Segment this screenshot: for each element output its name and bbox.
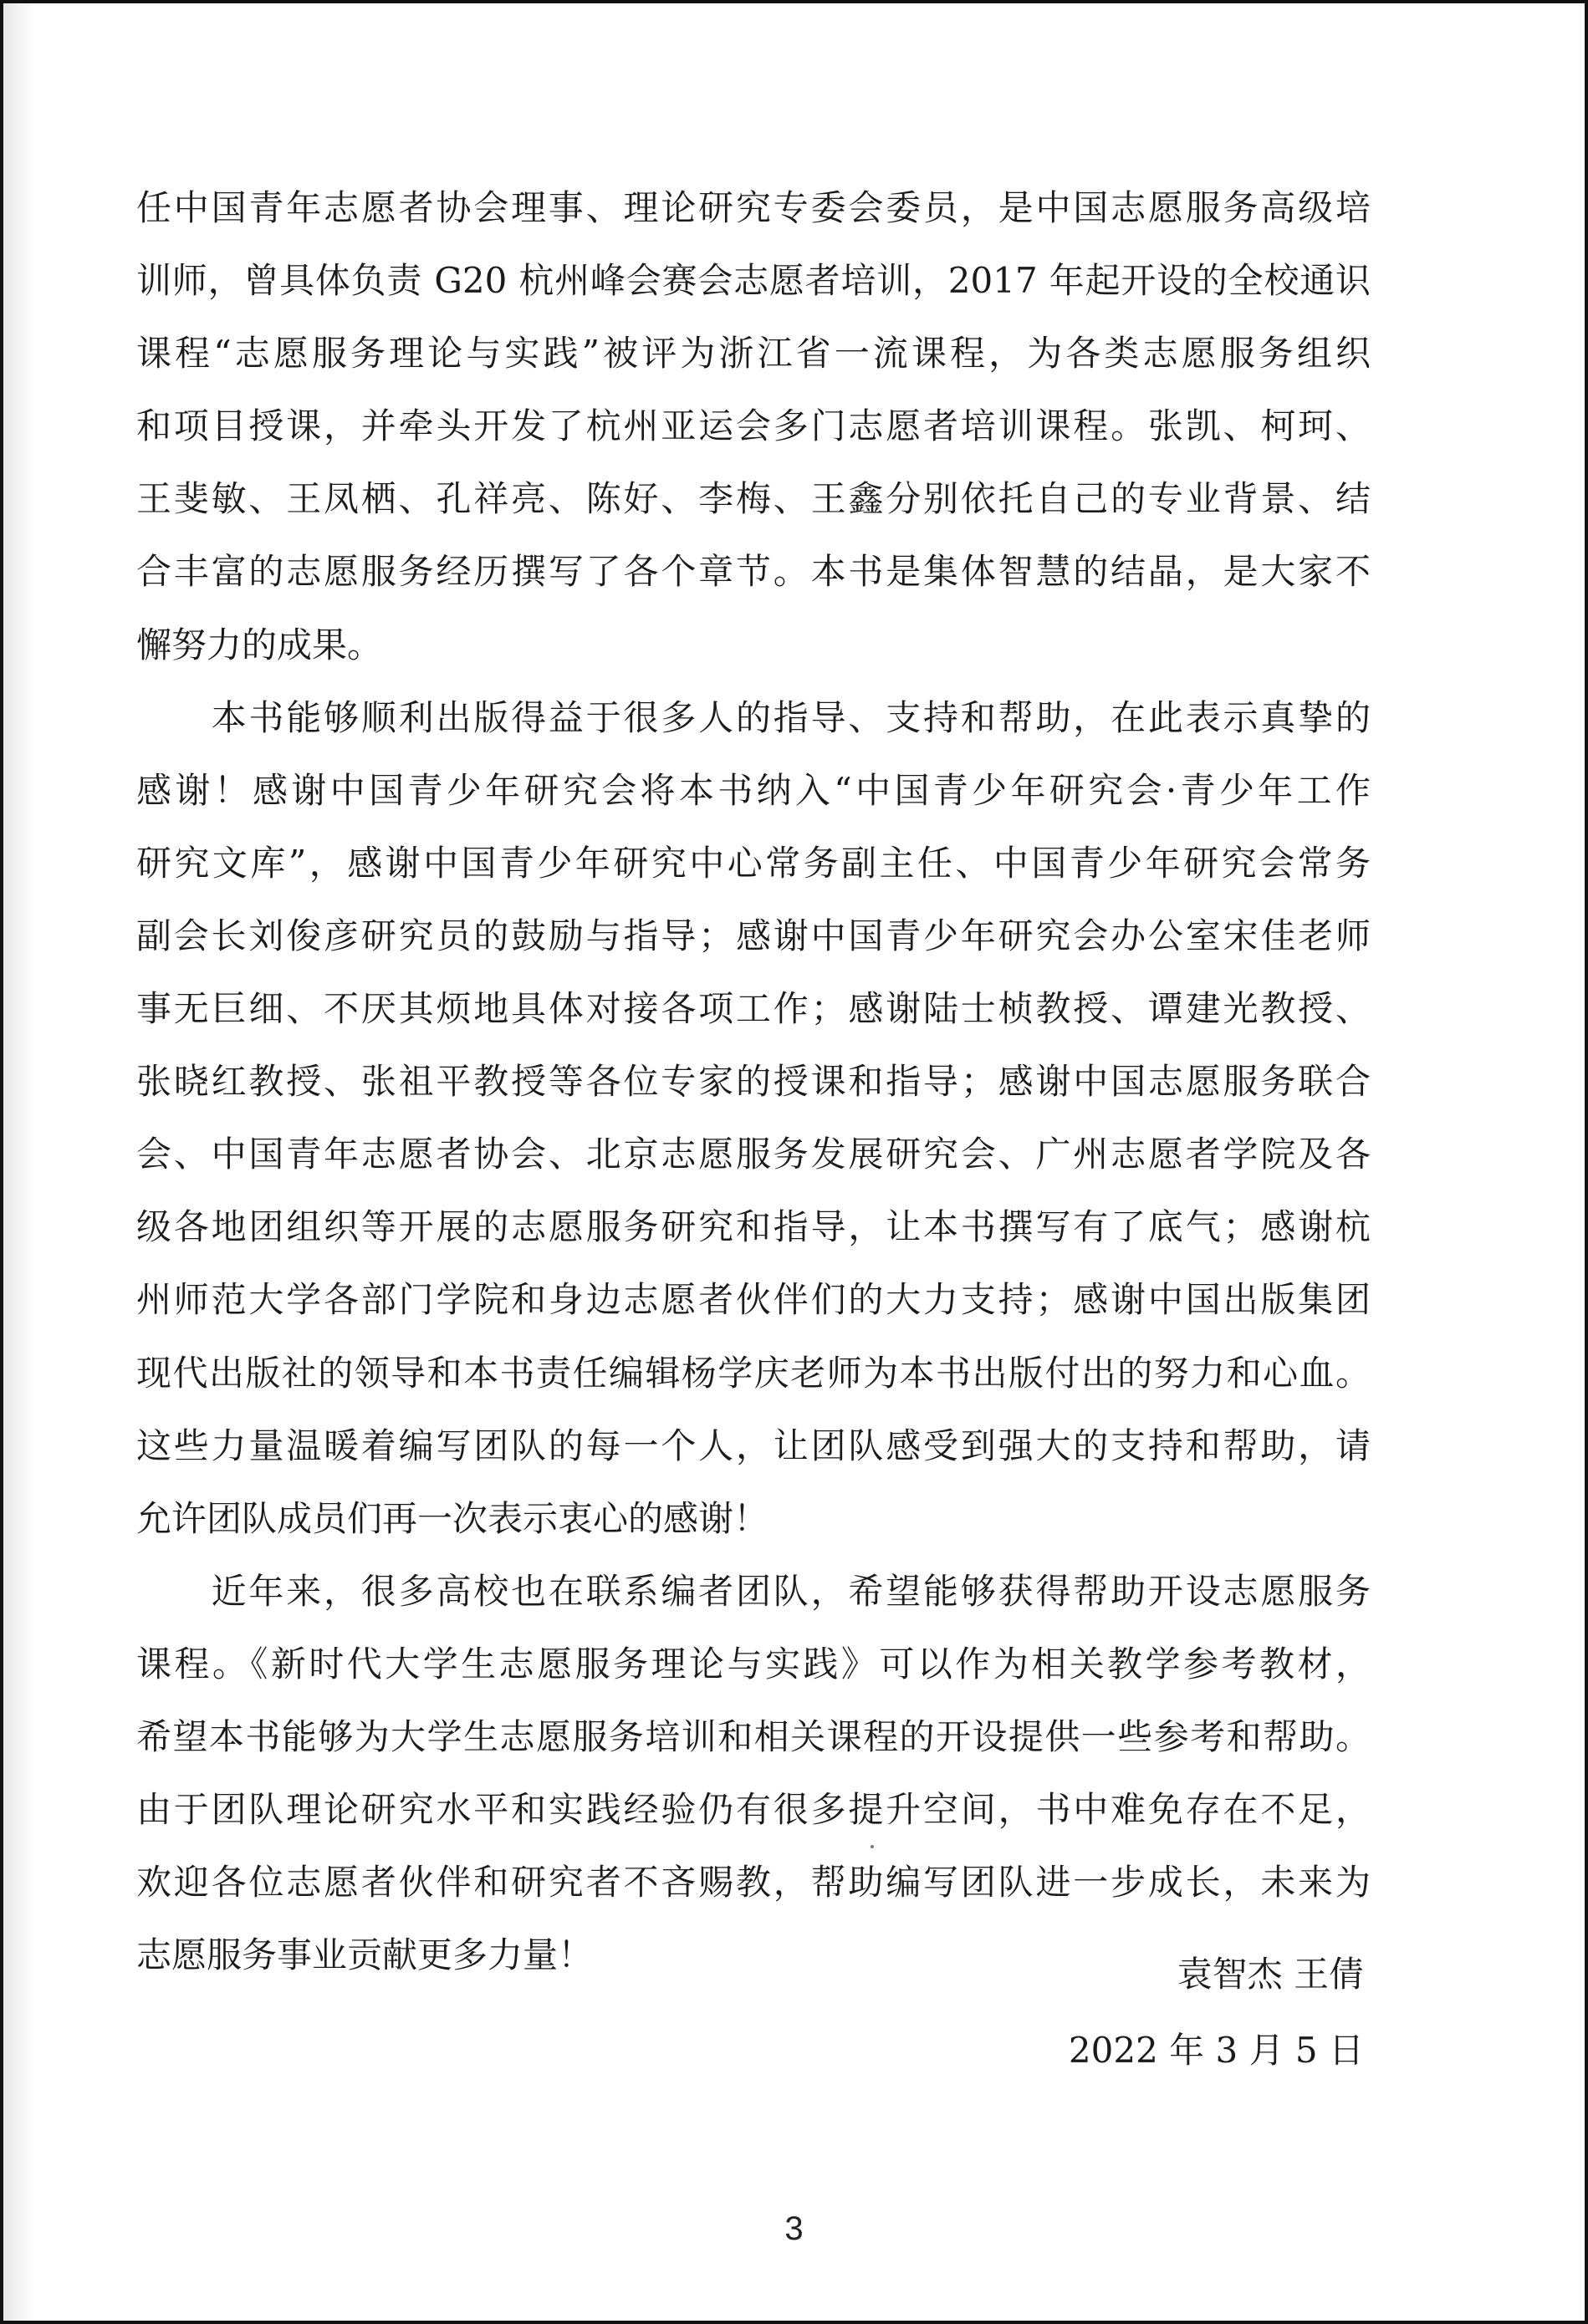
page-number: 3 [3,2210,1585,2248]
text-line: 感谢！感谢中国青少年研究会将本书纳入“中国青少年研究会·青少年工作 [136,769,1371,842]
signature-date: 2022 年 3 月 5 日 [1069,2029,1364,2072]
text-line: 合丰富的志愿服务经历撰写了各个章节。本书是集体智慧的结晶，是大家不 [136,550,1371,623]
text-line: 允许团队成员们再一次表示衷心的感谢！ [136,1497,1371,1570]
author-signature: 袁智杰 王倩 [1177,1953,1364,1996]
text-line: 懈努力的成果。 [136,624,1371,696]
paragraph-1: 任中国青年志愿者协会理事、理论研究专委会委员，是中国志愿服务高级培 训师，曾具体… [136,186,1371,696]
text-line: 任中国青年志愿者协会理事、理论研究专委会委员，是中国志愿服务高级培 [136,186,1371,259]
text-line: 由于团队理论研究水平和实践经验仍有很多提升空间，书中难免存在不足， [136,1788,1371,1861]
text-line: 训师，曾具体负责 G20 杭州峰会赛会志愿者培训，2017 年起开设的全校通识 [136,259,1371,332]
text-line: 研究文库”，感谢中国青少年研究中心常务副主任、中国青少年研究会常务 [136,842,1371,915]
text-line: 张晓红教授、张祖平教授等各位专家的授课和指导；感谢中国志愿服务联合 [136,1060,1371,1133]
text-line: 王斐敏、王凤栖、孔祥亮、陈好、李梅、王鑫分别依托自己的专业背景、结 [136,477,1371,550]
text-line: 副会长刘俊彦研究员的鼓励与指导；感谢中国青少年研究会办公室宋佳老师 [136,915,1371,987]
paragraph-3: 近年来，很多高校也在联系编者团队，希望能够获得帮助开设志愿服务 课程。《新时代大… [136,1570,1371,2007]
text-line: 州师范大学各部门学院和身边志愿者伙伴们的大力支持；感谢中国出版集团 [136,1278,1371,1351]
text-line: 课程。《新时代大学生志愿服务理论与实践》可以作为相关教学参考教材， [136,1643,1371,1715]
scan-speck [871,1845,874,1848]
text-line: 现代出版社的领导和本书责任编辑杨学庆老师为本书出版付出的努力和心血。 [136,1352,1371,1424]
document-page: 任中国青年志愿者协会理事、理论研究专委会委员，是中国志愿服务高级培 训师，曾具体… [3,3,1585,2321]
text-line: 事无巨细、不厌其烦地具体对接各项工作；感谢陆士桢教授、谭建光教授、 [136,987,1371,1060]
text-line: 这些力量温暖着编写团队的每一个人，让团队感受到强大的支持和帮助，请 [136,1424,1371,1497]
text-line: 本书能够顺利出版得益于很多人的指导、支持和帮助，在此表示真挚的 [136,696,1371,769]
text-line: 会、中国青年志愿者协会、北京志愿服务发展研究会、广州志愿者学院及各 [136,1133,1371,1205]
preface-body: 任中国青年志愿者协会理事、理论研究专委会委员，是中国志愿服务高级培 训师，曾具体… [136,186,1371,2006]
text-line: 欢迎各位志愿者伙伴和研究者不吝赐教，帮助编写团队进一步成长，未来为 [136,1861,1371,1934]
text-line: 希望本书能够为大学生志愿服务培训和相关课程的开设提供一些参考和帮助。 [136,1715,1371,1788]
paragraph-2: 本书能够顺利出版得益于很多人的指导、支持和帮助，在此表示真挚的 感谢！感谢中国青… [136,696,1371,1570]
text-line: 和项目授课，并牵头开发了杭州亚运会多门志愿者培训课程。张凯、柯珂、 [136,405,1371,477]
text-line: 近年来，很多高校也在联系编者团队，希望能够获得帮助开设志愿服务 [136,1570,1371,1643]
text-line: 级各地团组织等开展的志愿服务研究和指导，让本书撰写有了底气；感谢杭 [136,1205,1371,1278]
text-line: 课程“志愿服务理论与实践”被评为浙江省一流课程，为各类志愿服务组织 [136,332,1371,405]
